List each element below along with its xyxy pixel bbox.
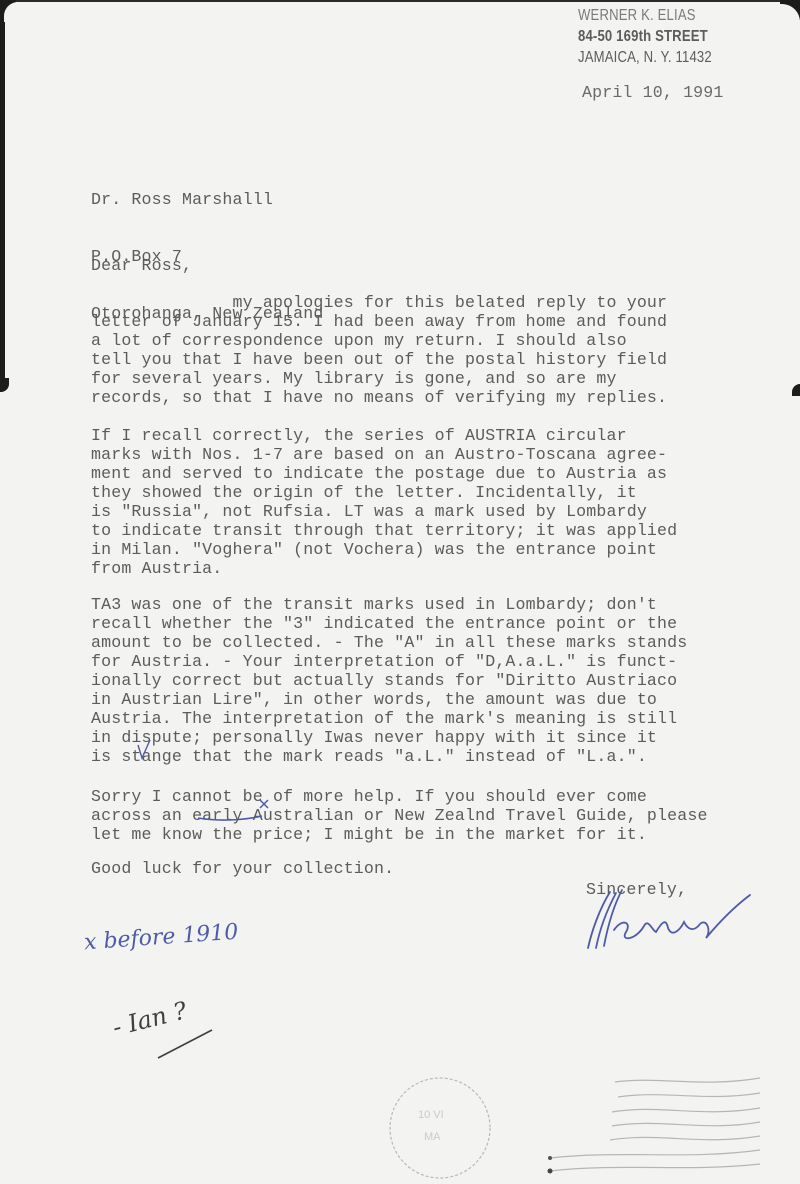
cancel-dot xyxy=(548,1156,552,1160)
cancel-dot xyxy=(548,1169,553,1174)
letter-page: WERNER K. ELIAS 84-50 169th STREET JAMAI… xyxy=(0,0,800,1184)
svg-text:MA: MA xyxy=(424,1131,441,1143)
postmark-circle: 10 VI MA xyxy=(390,1078,490,1178)
svg-text:10 VI: 10 VI xyxy=(418,1109,444,1121)
cancellation-lines xyxy=(550,1078,760,1171)
postmark-layer: 10 VI MA xyxy=(0,0,800,1184)
